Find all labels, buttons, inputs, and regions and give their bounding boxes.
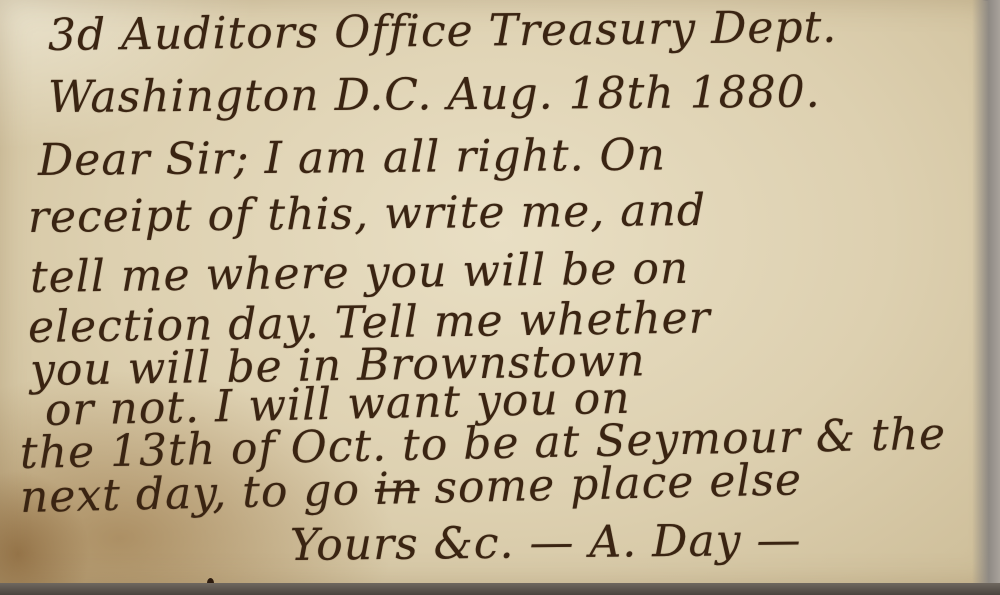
postcard: 3d Auditors Office Treasury Dept. Washin… bbox=[0, 0, 1000, 585]
background-edge-right bbox=[972, 0, 1000, 595]
background-edge-bottom bbox=[0, 583, 1000, 595]
letter-line-2: receipt of this, write me, and bbox=[28, 185, 707, 243]
signature: Yours &c. — A. Day — bbox=[290, 515, 802, 571]
struck-word: in bbox=[374, 463, 420, 515]
heading-office: 3d Auditors Office Treasury Dept. bbox=[48, 2, 838, 61]
heading-place-date: Washington D.C. Aug. 18th 1880. bbox=[48, 67, 821, 123]
letter-line-1: Dear Sir; I am all right. On bbox=[38, 130, 666, 186]
line-8-prefix: next day, to go bbox=[19, 464, 360, 523]
line-8-suffix: some place else bbox=[434, 454, 803, 513]
